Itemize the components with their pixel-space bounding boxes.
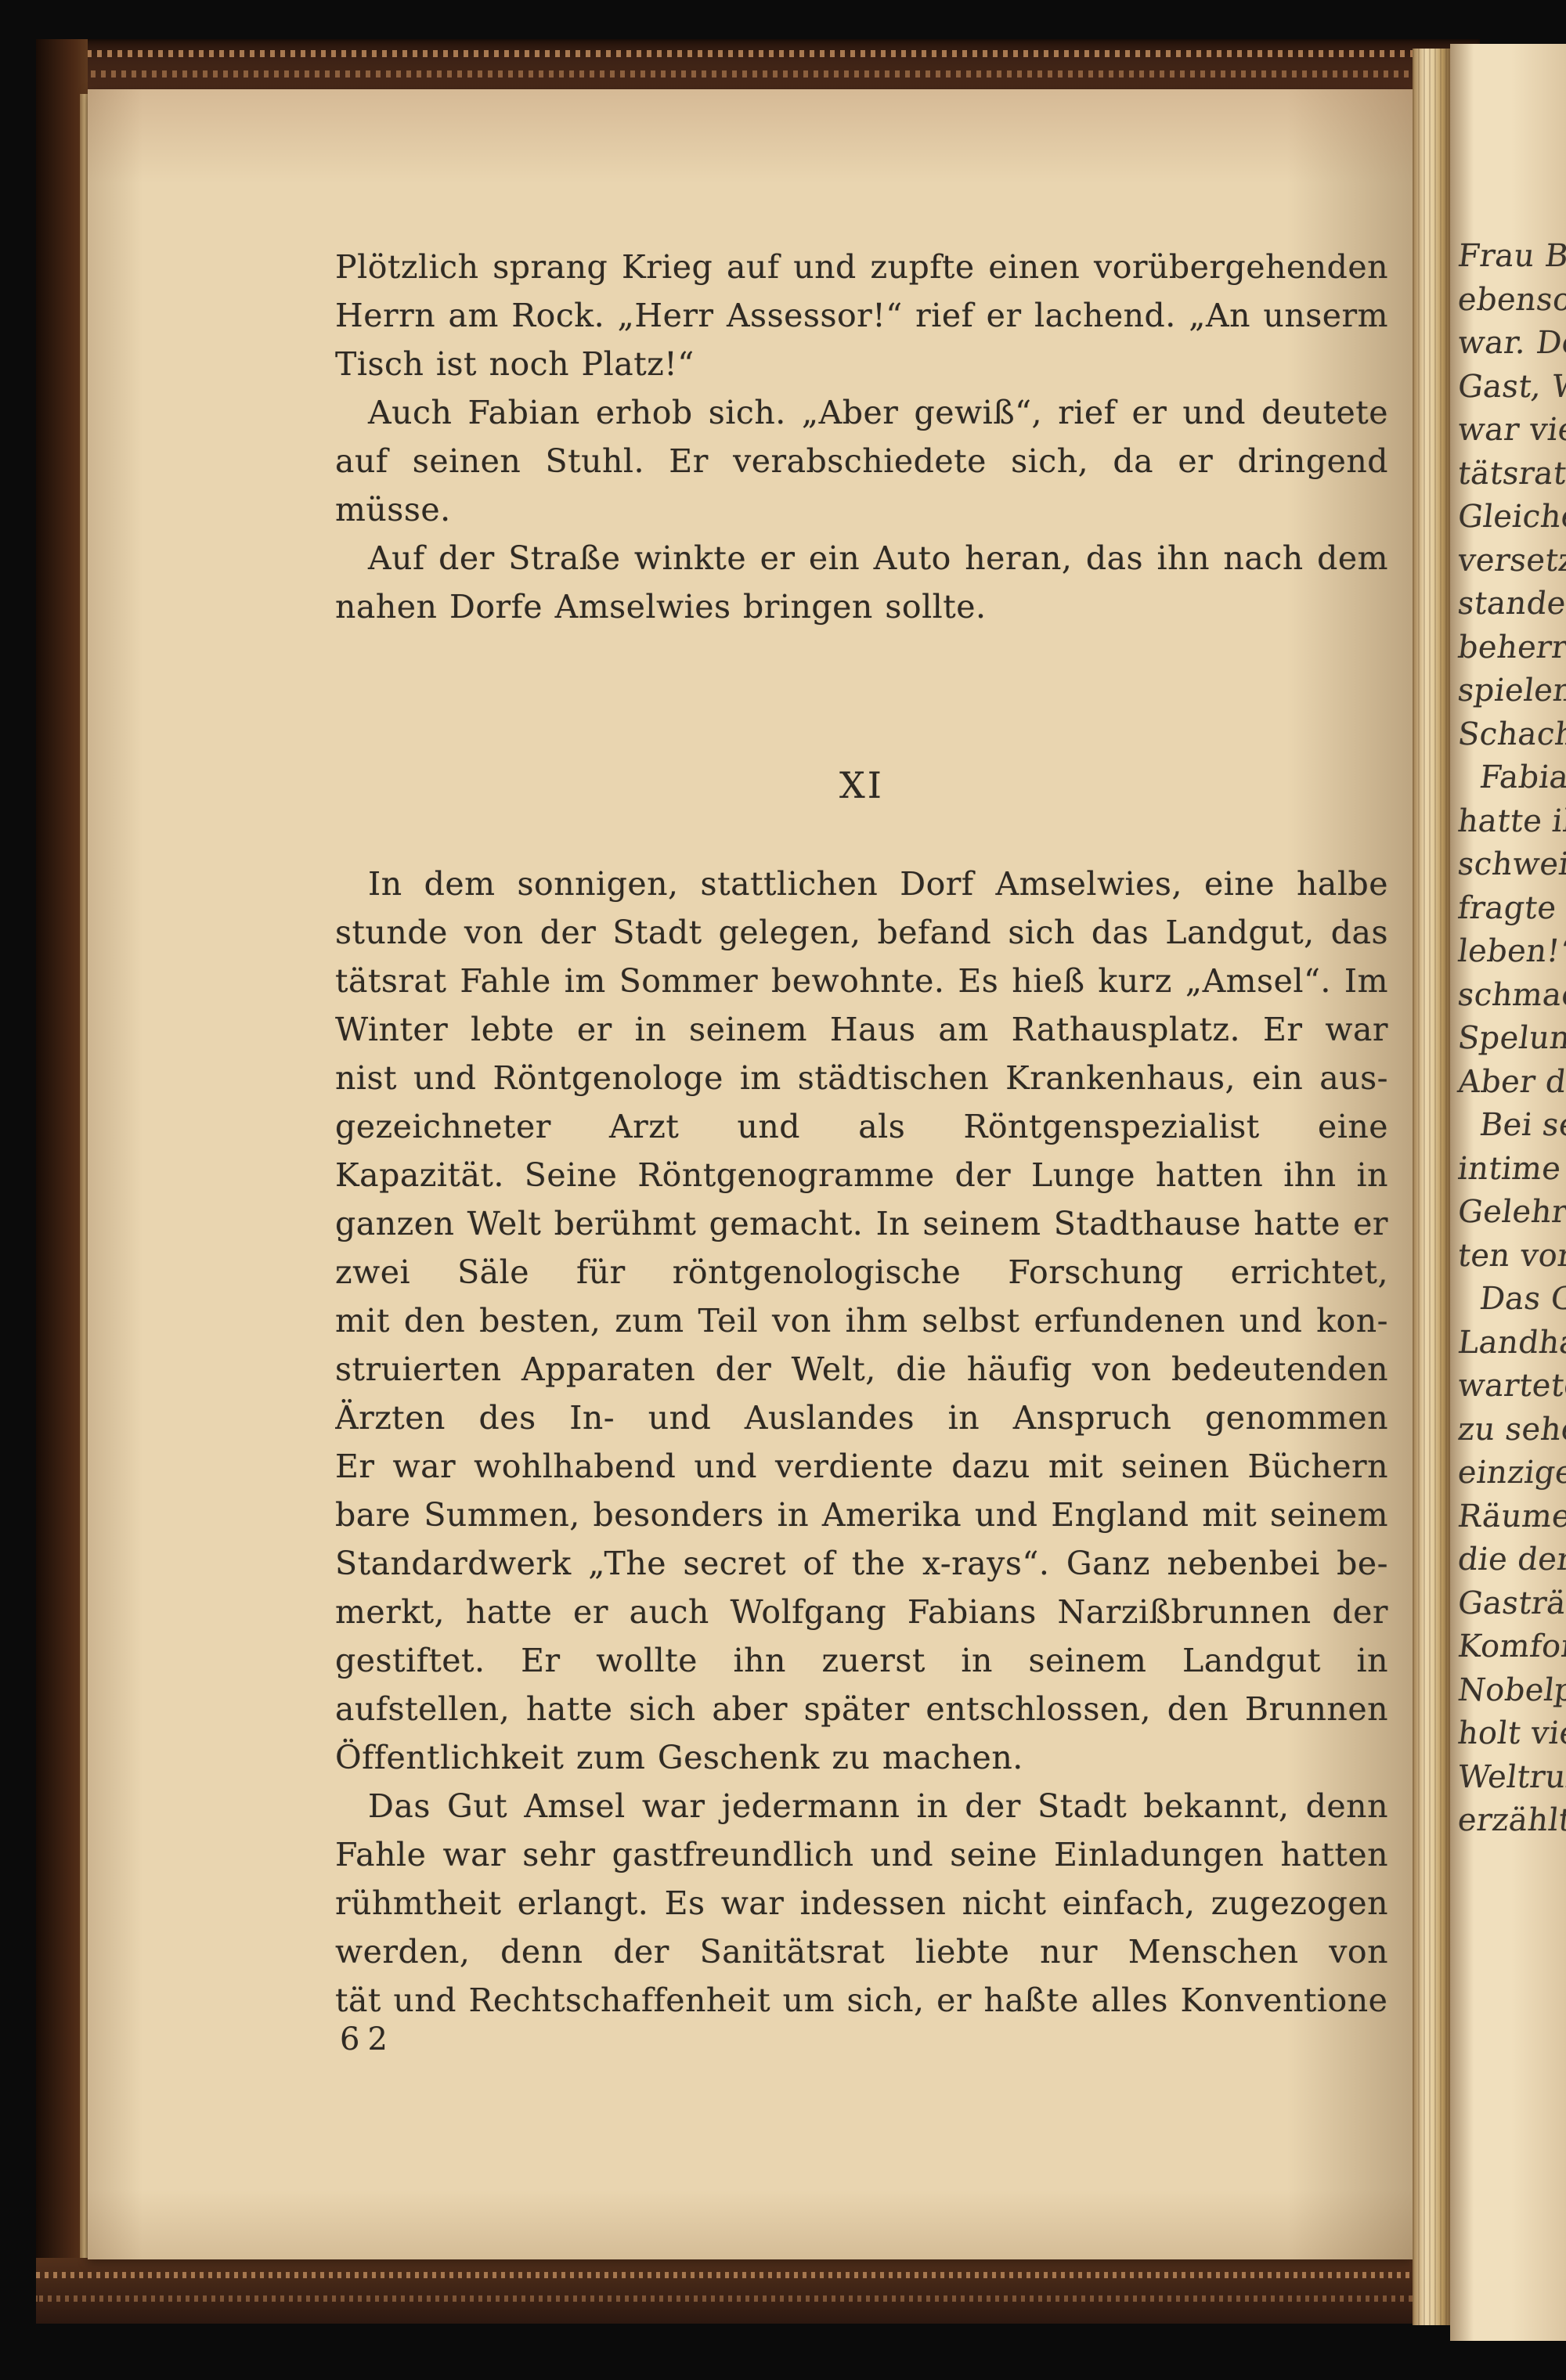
text-line: beherrscht — [1456, 626, 1566, 670]
text-line: einzige, du — [1456, 1451, 1566, 1495]
text-line: erzählte r — [1456, 1799, 1566, 1843]
text-line: Auf der Straße winkte er ein Auto heran,… — [335, 534, 1388, 582]
book-cover-spine-edge — [36, 39, 88, 2324]
text-line: ganzen Welt berühmt gemacht. In seinem S… — [335, 1199, 1388, 1248]
text-line: Kapazität. Seine Röntgenogramme der Lung… — [335, 1151, 1388, 1199]
text-line: Standardwerk „The secret of the x-rays“.… — [335, 1539, 1388, 1588]
text-line: tätsrat Fahle im Sommer bewohnte. Es hie… — [335, 957, 1388, 1005]
text-line: die der Sa — [1456, 1538, 1566, 1582]
right-page-partial: Frau Beateebenso Chriwar. DoktorGast, Wo… — [1450, 44, 1566, 2341]
text-line: Spelunke! — [1456, 1017, 1566, 1061]
text-line: fragte sie — [1456, 887, 1566, 931]
opening-paragraphs: Plötzlich sprang Krieg auf und zupfte ei… — [335, 243, 1388, 631]
text-line: hatte ihn C — [1456, 800, 1566, 844]
text-line: Frau Beate — [1456, 235, 1566, 279]
left-page: Plötzlich sprang Krieg auf und zupfte ei… — [88, 89, 1413, 2259]
text-line: Komfort — [1456, 1625, 1566, 1669]
text-line: Gelehrten, — [1456, 1191, 1566, 1235]
text-line: In dem sonnigen, stattlichen Dorf Amselw… — [335, 860, 1388, 908]
text-line: bare Summen, besonders in Amerika und En… — [335, 1491, 1388, 1539]
text-line: Ärzten des In- und Auslandes in Anspruch… — [335, 1394, 1388, 1442]
text-line: rühmtheit erlangt. Es war indessen nicht… — [335, 1879, 1388, 1927]
text-line: Nobelprei — [1456, 1669, 1566, 1713]
text-line: tät und Rechtschaffenheit um sich, er ha… — [335, 1976, 1388, 2025]
page-stack-edge — [80, 94, 88, 2308]
text-line: intime Tee — [1456, 1148, 1566, 1192]
text-line: Winter lebte er in seinem Haus am Rathau… — [335, 1005, 1388, 1054]
text-line: werden, denn der Sanitätsrat liebte nur … — [335, 1927, 1388, 1976]
text-line: zwei Säle für röntgenologische Forschung… — [335, 1248, 1388, 1296]
text-line: Das Gel — [1456, 1278, 1566, 1322]
text-line: Das Gut Amsel war jedermann in der Stadt… — [335, 1782, 1388, 1830]
book-cover-bottom-edge — [36, 2258, 1566, 2324]
text-line: merkt, hatte er auch Wolfgang Fabians Na… — [335, 1588, 1388, 1636]
text-line: Plötzlich sprang Krieg auf und zupfte ei… — [335, 243, 1388, 291]
text-line: schmack, d — [1456, 974, 1566, 1018]
text-line: Bei selte — [1456, 1104, 1566, 1148]
text-line: gestiftet. Er wollte ihn zuerst in seine… — [335, 1636, 1388, 1685]
text-line: Räume w — [1456, 1495, 1566, 1539]
text-line: Gleichen, ve — [1456, 496, 1566, 539]
text-line: Herrn am Rock. „Herr Assessor!“ rief er … — [335, 291, 1388, 340]
text-line: ebenso Chri — [1456, 279, 1566, 323]
text-line: holt viele — [1456, 1712, 1566, 1756]
text-line: Öffentlichkeit zum Geschenk zu machen. — [335, 1733, 1388, 1782]
text-line: Tisch ist noch Platz!“ — [335, 340, 1388, 388]
text-line: Auch Fabian erhob sich. „Aber gewiß“, ri… — [335, 388, 1388, 437]
text-line: gezeichneter Arzt und als Röntgenspezial… — [335, 1102, 1388, 1151]
text-line: tätsrat wah — [1456, 453, 1566, 496]
text-line: Fabian s — [1456, 756, 1566, 800]
text-line: versetzt wu — [1456, 539, 1566, 583]
text-line: standen sich — [1456, 582, 1566, 626]
text-line: Gasträum — [1456, 1582, 1566, 1626]
text-line: struierten Apparaten der Welt, die häufi… — [335, 1345, 1388, 1394]
text-line: war. Doktor — [1456, 322, 1566, 366]
text-line: Aber der S — [1456, 1061, 1566, 1105]
text-line: zu sehen. — [1456, 1408, 1566, 1452]
text-line: wartete, n — [1456, 1365, 1566, 1408]
text-line: Gast, Wolfg — [1456, 366, 1566, 409]
text-line: Er war wohlhabend und verdiente dazu mit… — [335, 1442, 1388, 1491]
text-line: stunde von der Stadt gelegen, befand sic… — [335, 908, 1388, 957]
text-line: ten vorstel — [1456, 1235, 1566, 1278]
right-page-text: Frau Beateebenso Chriwar. DoktorGast, Wo… — [1458, 235, 1566, 1843]
text-line: spielen! Di — [1456, 669, 1566, 713]
chapter-heading: XI — [335, 764, 1388, 806]
text-line: aufstellen, hatte sich aber später entsc… — [335, 1685, 1388, 1733]
book-cover-top-edge — [36, 39, 1480, 92]
text-line: mit den besten, zum Teil von ihm selbst … — [335, 1296, 1388, 1345]
text-line: war vielleic — [1456, 409, 1566, 453]
text-line: leben!“ Ta — [1456, 930, 1566, 974]
chapter-body: In dem sonnigen, stattlichen Dorf Amselw… — [335, 860, 1388, 2025]
book-photo: Plötzlich sprang Krieg auf und zupfte ei… — [0, 0, 1566, 2380]
text-line: auf seinen Stuhl. Er verabschiedete sich… — [335, 437, 1388, 485]
text-line: Landhaus, — [1456, 1322, 1566, 1365]
text-line: nist und Röntgenologe im städtischen Kra… — [335, 1054, 1388, 1102]
text-line: Fahle war sehr gastfreundlich und seine … — [335, 1830, 1388, 1879]
text-line: Schach, und — [1456, 713, 1566, 757]
text-line: schweigsam — [1456, 843, 1566, 887]
text-line: müsse. — [335, 485, 1388, 534]
page-fore-edge — [1413, 49, 1450, 2325]
text-line: Weltruf b — [1456, 1756, 1566, 1800]
page-number: 62 — [340, 2021, 395, 2057]
text-line: nahen Dorfe Amselwies bringen sollte. — [335, 582, 1388, 631]
